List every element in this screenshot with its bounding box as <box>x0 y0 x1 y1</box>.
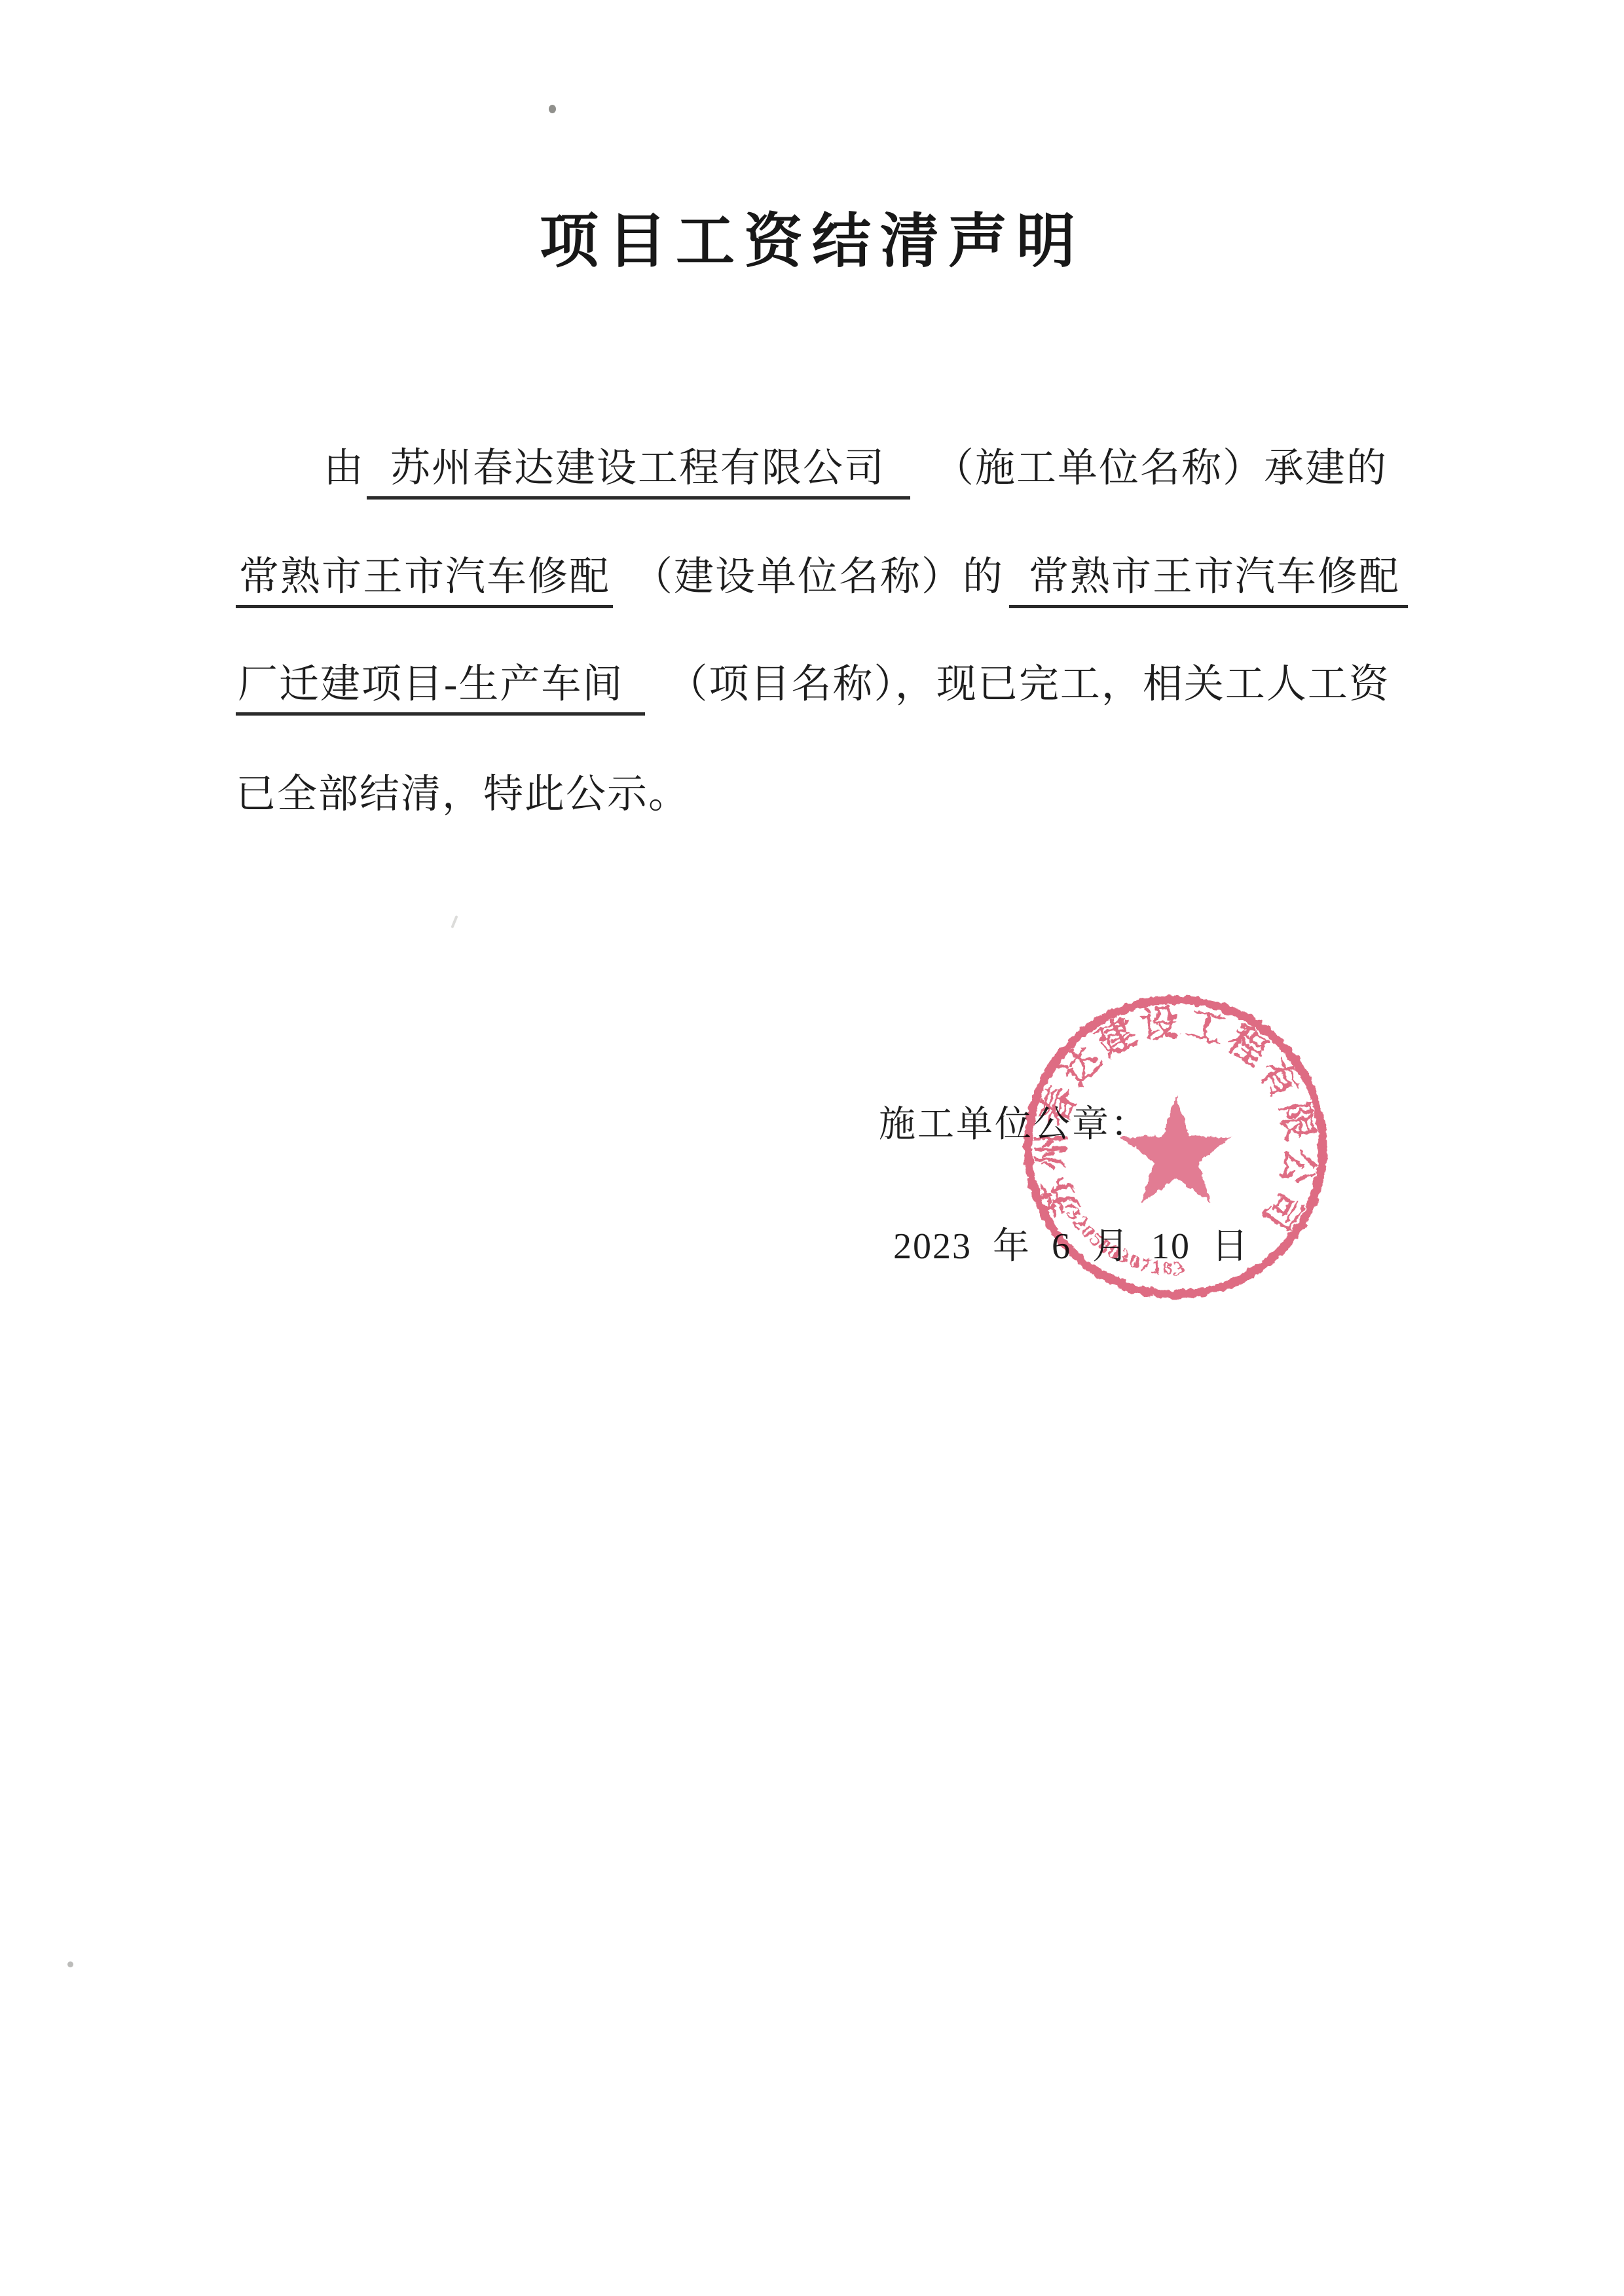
project-name-underlined-part1: 常熟市王市汽车修配 <box>1009 555 1408 608</box>
line1-suffix: （施工单位名称）承建的 <box>934 446 1388 490</box>
scanned-document-page: { "page": { "title": "项目工资结清声明", "body":… <box>0 0 1624 2296</box>
paragraph-line-1: 由苏州春达建设工程有限公司（施工单位名称）承建的 <box>323 448 1388 488</box>
construction-company-name-underlined: 苏州春达建设工程有限公司 <box>367 446 910 500</box>
page-title: 项目工资结清声明 <box>0 213 1624 272</box>
line1-prefix: 由 <box>323 446 365 490</box>
owner-unit-name-underlined: 常熟市王市汽车修配 <box>236 555 613 608</box>
scan-speck <box>67 1961 73 1967</box>
date-line: 2023 年 6 月 10 日 <box>893 1228 1249 1265</box>
paragraph-line-2: 常熟市王市汽车修配（建设单位名称）的常熟市王市汽车修配 <box>236 557 1408 597</box>
line3-suffix: （项目名称），现已完工，相关工人工资 <box>667 663 1390 706</box>
project-name-underlined-part2: 厂迁建项目-生产车间 <box>236 663 645 716</box>
paragraph-line-3: 厂迁建项目-生产车间（项目名称），现已完工，相关工人工资 <box>236 665 1390 704</box>
scan-speck <box>451 915 458 928</box>
paragraph-line-4: 已全部结清，特此公示。 <box>236 774 690 814</box>
construction-unit-seal-label: 施工单位公章： <box>879 1106 1149 1143</box>
scan-speck <box>549 105 556 113</box>
line2-middle: （建设单位名称）的 <box>633 555 1004 599</box>
